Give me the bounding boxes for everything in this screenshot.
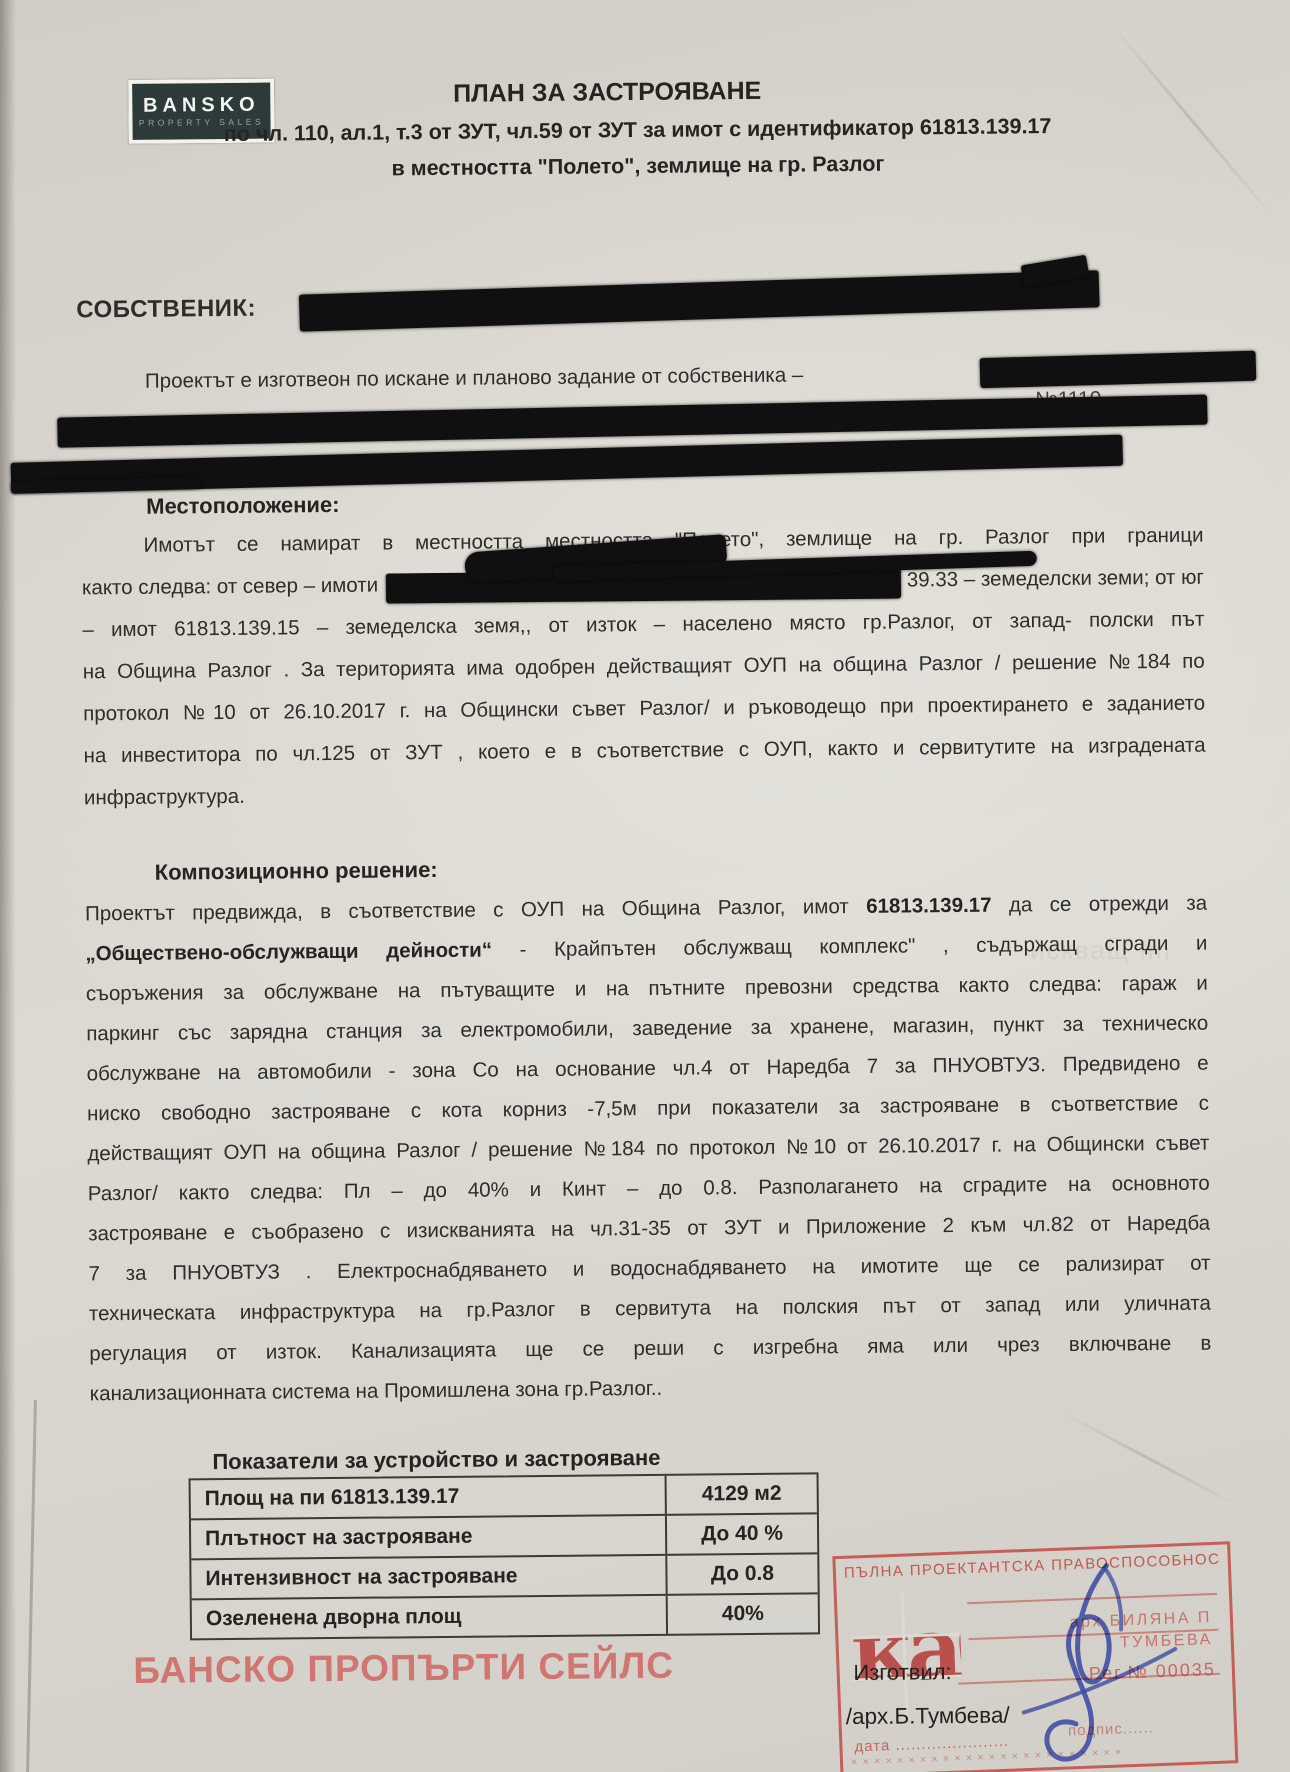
table-heading: Показатели за устройство и застрояване <box>212 1445 660 1475</box>
owner-label: СОБСТВЕНИК: <box>76 295 256 325</box>
redaction-bar-intro <box>980 351 1257 388</box>
table-cell-value: До 0.8 <box>667 1554 817 1593</box>
document-subtitle-2: в местността "Полето", землище на гр. Ра… <box>23 148 1253 185</box>
section-heading-composition: Композиционно решение: <box>155 857 438 886</box>
table-cell-value: 4129 м2 <box>667 1474 817 1513</box>
table-cell-label: Озеленена дворна площ <box>192 1596 668 1639</box>
composition-paragraph: Проектът предвижда, в съответствие с ОУП… <box>85 892 1212 1423</box>
handwritten-signature <box>984 1559 1186 1769</box>
paragraph-line-part: 39.33 – земеделски земи; от юг <box>907 566 1204 593</box>
table-cell-label: Интензивност на застрояване <box>191 1556 667 1599</box>
agency-watermark: БАНСКО ПРОПЪРТИ СЕЙЛС <box>133 1645 674 1692</box>
prepared-by-label: Изготвил: <box>853 1659 951 1686</box>
intro-paragraph: Проектът е изготвеон по искане и планово… <box>145 362 985 394</box>
table-row: Плътност на застрояване До 40 % <box>191 1514 817 1560</box>
table-cell-value: До 40 % <box>667 1514 817 1553</box>
document-photo: искващ пп BANSKO PROPERTY SALES ПЛАН ЗА … <box>0 0 1290 1772</box>
section-heading-location: Местоположение: <box>146 492 340 520</box>
table-row: Интензивност на застрояване До 0.8 <box>191 1554 817 1600</box>
redaction-bar-owner <box>299 270 1100 331</box>
indicators-table: Площ на пи 61813.139.17 4129 м2 Плътност… <box>189 1472 821 1640</box>
table-cell-label: Площ на пи 61813.139.17 <box>191 1476 667 1519</box>
table-cell-value: 40% <box>668 1594 818 1633</box>
table-row: Озеленена дворна площ 40% <box>192 1594 818 1638</box>
paragraph-line-part: както следва: от север – имоти <box>82 574 378 601</box>
property-id: 61813.139.17 <box>866 894 992 918</box>
table-cell-label: Плътност на застрояване <box>191 1516 667 1559</box>
paragraph-line-part: Проектът предвижда, в съответствие с ОУП… <box>85 895 866 925</box>
document-body: BANSKO PROPERTY SALES ПЛАН ЗА ЗАСТРОЯВАН… <box>0 0 1290 1772</box>
table-row: Площ на пи 61813.139.17 4129 м2 <box>191 1474 817 1520</box>
zoning-designation: „Обществено-обслужващи дейности“ <box>85 938 492 965</box>
paragraph-line-part: да се отрежди за <box>991 892 1207 917</box>
